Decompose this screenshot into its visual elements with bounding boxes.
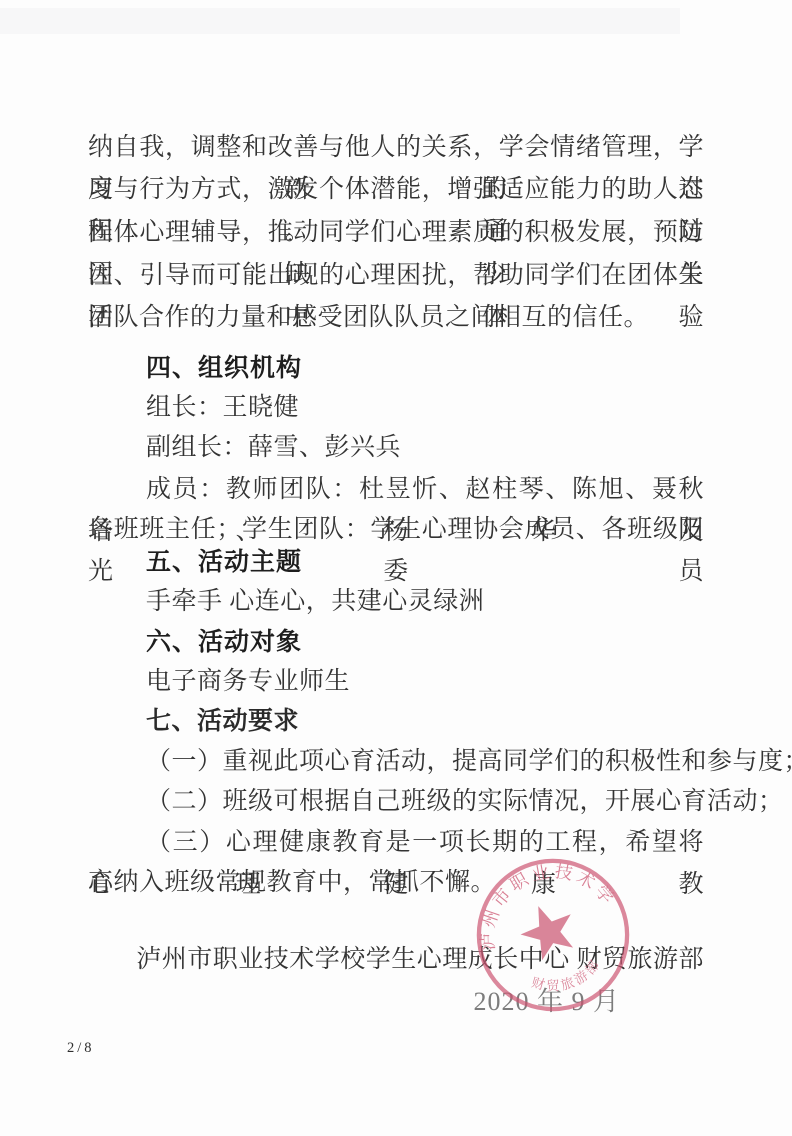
document-body: 纳自我，调整和改善与他人的关系，学会情绪管理，学习新的态 度与行为方式，激发个体… [88, 0, 704, 1136]
section-heading-6: 六、活动对象 [88, 621, 704, 663]
section-heading-4: 四、组织机构 [88, 347, 704, 389]
signature-line: 泸州市职业技术学校学生心理成长中心 财贸旅游部 [88, 939, 704, 981]
requirement-line: （一）重视此项心育活动，提高同学们的积极性和参与度； [88, 741, 704, 783]
scanned-document-page: { "document": { "paragraph_lines": [ "纳自… [0, 0, 792, 1136]
group-leader-line: 组长：王晓健 [88, 387, 704, 429]
activity-target-line: 电子商务专业师生 [88, 661, 704, 703]
activity-theme-line: 手牵手 心连心，共建心灵绿洲 [88, 581, 704, 623]
deputy-leader-line: 副组长：薛雪、彭兴兵 [88, 427, 704, 469]
page-number: 2/8 [67, 1039, 95, 1057]
requirement-line: 育纳入班级常规教育中，常抓不懈。 [88, 862, 704, 904]
paragraph-line: 注、引导而可能出现的心理困扰，帮助同学们在团体生活中体验 [88, 255, 704, 297]
section-heading-5: 五、活动主题 [88, 541, 704, 583]
requirement-line: （二）班级可根据自己班级的实际情况，开展心育活动； [88, 781, 704, 823]
section-heading-7: 七、活动要求 [88, 701, 704, 743]
members-line: 成员：教师团队：杜昱忻、赵柱琴、陈旭、聂秋培、杨华及 [88, 469, 704, 511]
paragraph-line: 团队合作的力量和感受团队队员之间相互的信任。 [88, 297, 704, 339]
date-line: 2020 年 9 月 [88, 981, 620, 1023]
paragraph-line: 纳自我，调整和改善与他人的关系，学会情绪管理，学习新的态 [88, 127, 704, 169]
requirement-line: （三）心理健康教育是一项长期的工程，希望将心理健康教 [88, 822, 704, 864]
paragraph-line: 团体心理辅导，推动同学们心理素质的积极发展，预防因缺少关 [88, 212, 704, 254]
paragraph-line: 度与行为方式，激发个体潜能，增强适应能力的助人过程。通过 [88, 169, 704, 211]
